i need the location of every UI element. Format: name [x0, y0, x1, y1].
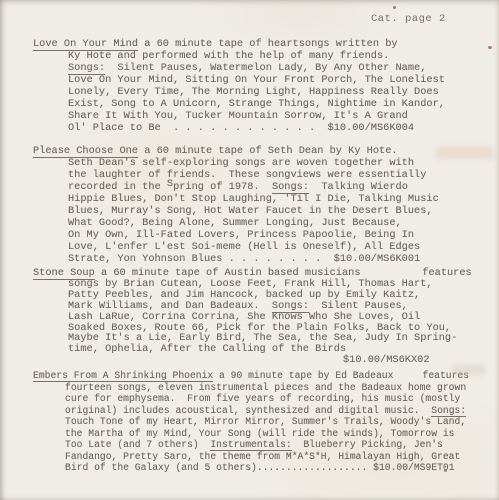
text-line: Love On Your Mind, Sitting On Your Front…	[33, 74, 491, 86]
ink-smudge	[436, 147, 494, 159]
text-segment: Bird of the Galaxy (and 5 others).......…	[65, 462, 373, 473]
text-line: Fandango, Pretty Saro, the theme from M*…	[33, 451, 491, 463]
text-segment: Share It With You, Tucker Mountain Sorro…	[68, 110, 408, 122]
text-line: On My Own, Ill-Fated Lovers, Princess Pa…	[33, 229, 491, 241]
listing-stone-soup: Stone Soup a 60 minute tape of Austin ba…	[33, 268, 491, 366]
text-segment: On My Own, Ill-Fated Lovers, Princess Pa…	[68, 229, 414, 241]
text-segment: Seth Dean's self-exploring songs are wov…	[68, 157, 414, 169]
catalog-page: Cat. page 2 Love On Your Mind a 60 minut…	[0, 0, 499, 500]
text-segment: a 60 minute tape of Seth Dean by Ky Hote…	[138, 145, 398, 157]
text-segment: the laughter of friends. These songviews…	[68, 169, 426, 181]
page-number: Cat. page 2	[371, 13, 446, 25]
text-line: Lonely, Every Time, The Morning Light, H…	[33, 86, 491, 98]
price-code: $10.00/MS6K004	[328, 122, 415, 134]
text-segment: Ol' Place to Be . . . . . . . . . . . .	[68, 122, 328, 134]
price-line: Strate, Yon Yohnson Blues . . . . . . . …	[33, 253, 491, 265]
text-line: Ky Hote and performed with the help of m…	[33, 50, 491, 62]
listing-please-choose-one: Please Choose One a 60 minute tape of Se…	[33, 145, 491, 265]
text-line: the Martha of my Mind, Your Song (will r…	[33, 428, 491, 440]
text-line: Too Late (and 7 others) Instrumentals: B…	[33, 439, 491, 451]
text-segment: Exist, Song to A Unicorn, Strange Things…	[68, 98, 445, 110]
text-line: Embers From A Shrinking Phoenix a 90 min…	[33, 370, 491, 382]
text-segment: Too Late (and 7 others)	[65, 439, 210, 450]
text-segment: a 60 minute tape of heartsongs written b…	[138, 38, 398, 50]
text-line: Touch Tone of my Heart, Mirror Mirror, S…	[33, 416, 491, 428]
text-segment: Silent Pauses, Watermelon Lady, By Any O…	[105, 62, 426, 74]
text-segment: recorded in the	[68, 181, 167, 193]
text-line: What Good?, Being Alone, Summer Longing,…	[33, 217, 491, 229]
listing-embers-from-a-shrinking-phoenix: Embers From A Shrinking Phoenix a 90 min…	[33, 370, 491, 474]
text-segment: Hippie Blues, Don't Stop Laughing, 'Til …	[68, 193, 439, 205]
text-segment: original) includes acoustical, synthesiz…	[65, 405, 431, 416]
text-segment: Strate, Yon Yohnson Blues . . . . . . . …	[68, 253, 334, 265]
text-segment: cure for emphysema. From five years of r…	[65, 393, 460, 404]
listing-love-on-your-mind: Love On Your Mind a 60 minute tape of he…	[33, 38, 491, 134]
price-line: Ol' Place to Be . . . . . . . . . . . . …	[33, 122, 491, 134]
text-segment: the Martha of my Mind, Your Song (will r…	[65, 428, 455, 439]
text-segment: What Good?, Being Alone, Summer Longing,…	[68, 217, 402, 229]
price-line: Bird of the Galaxy (and 5 others).......…	[33, 462, 491, 474]
text-line: cure for emphysema. From five years of r…	[33, 393, 491, 405]
text-line: recorded in the Spring of 1978. Songs: T…	[33, 181, 491, 193]
text-line: Share It With You, Tucker Mountain Sorro…	[33, 110, 491, 122]
text-segment: pring of 1978.	[173, 181, 272, 193]
text-line: original) includes acoustical, synthesiz…	[33, 405, 491, 417]
ink-speck	[393, 6, 396, 9]
text-segment: S	[167, 178, 173, 190]
ink-smudge	[452, 365, 486, 375]
text-line: Seth Dean's self-exploring songs are wov…	[33, 157, 491, 169]
text-segment: Blueberry Picking, Jen's	[292, 439, 443, 450]
text-line: Songs: Silent Pauses, Watermelon Lady, B…	[33, 62, 491, 74]
ink-speck	[444, 469, 447, 472]
text-segment: Fandango, Pretty Saro, the theme from M*…	[65, 451, 460, 462]
text-segment: time, Ophelia, After the Calling of the …	[68, 343, 346, 355]
text-line: Blues, Murray's Song, Hot Water Faucet i…	[33, 205, 491, 217]
text-segment: a 90 minute tape by Ed Badeaux features	[213, 370, 469, 381]
price-line: $10.00/MS6KX02	[33, 355, 491, 366]
text-line: fourteen songs, eleven instrumental piec…	[33, 382, 491, 394]
listings: Love On Your Mind a 60 minute tape of he…	[33, 38, 491, 474]
text-line: Exist, Song to A Unicorn, Strange Things…	[33, 98, 491, 110]
text-line: Please Choose One a 60 minute tape of Se…	[33, 145, 491, 157]
text-segment: fourteen songs, eleven instrumental piec…	[65, 382, 466, 393]
price-code: $10.00/MS6K001	[334, 253, 421, 265]
text-line: Love On Your Mind a 60 minute tape of he…	[33, 38, 491, 50]
text-segment: Lonely, Every Time, The Morning Light, H…	[68, 86, 439, 98]
instrumentals-label: Instrumentals:	[210, 439, 291, 451]
text-segment: Talking Wierdo	[309, 181, 408, 193]
text-line: Love, L'enfer L'est Soi-meme (Hell is On…	[33, 241, 491, 253]
text-line: Hippie Blues, Don't Stop Laughing, 'Til …	[33, 193, 491, 205]
text-segment: Love On Your Mind, Sitting On Your Front…	[68, 74, 445, 86]
songs-label: Songs:	[431, 405, 466, 417]
text-segment: Blues, Murray's Song, Hot Water Faucet i…	[68, 205, 433, 217]
price-code: $10.00/MS6KX02	[343, 354, 430, 366]
listing-title: Embers From A Shrinking Phoenix	[33, 370, 213, 382]
text-segment: Ky Hote and performed with the help of m…	[68, 50, 389, 62]
price-code: $10.00/MS9ET01	[373, 462, 454, 473]
text-segment: Touch Tone of my Heart, Mirror Mirror, S…	[65, 416, 466, 427]
ink-speck	[488, 46, 492, 49]
text-line: the laughter of friends. These songviews…	[33, 169, 491, 181]
text-segment: Love, L'enfer L'est Soi-meme (Hell is On…	[68, 241, 420, 253]
